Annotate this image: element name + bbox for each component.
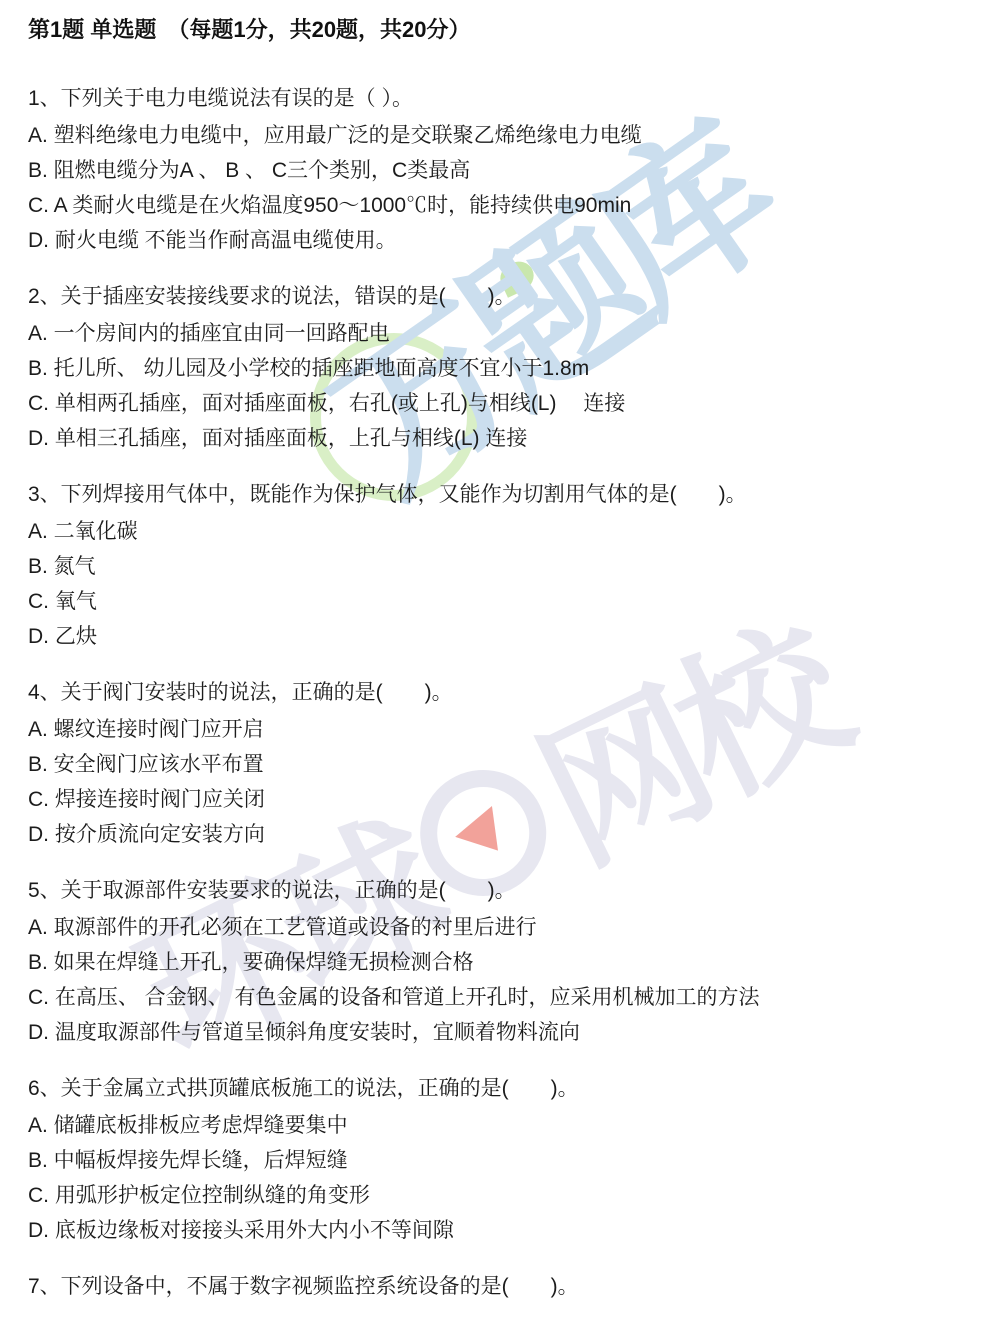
option-text: B. 托儿所、 幼儿园及小学校的插座距地面高度不宜小于1.8m bbox=[28, 351, 978, 386]
exam-page: 万题库 环球 网校 第1题 单选题 （每题1分，共20题，共20分） 1、下列关… bbox=[0, 0, 998, 1336]
section-header: 第1题 单选题 （每题1分，共20题，共20分） bbox=[28, 12, 978, 47]
option-text: D. 底板边缘板对接接头采用外大内小不等间隙 bbox=[28, 1213, 978, 1248]
question-text: 4、关于阀门安装时的说法，正确的是( )。 bbox=[28, 675, 978, 710]
question-list: 1、下列关于电力电缆说法有误的是（ ）。 A. 塑料绝缘电力电缆中，应用最广泛的… bbox=[28, 81, 978, 1304]
question-block: 3、下列焊接用气体中，既能作为保护气体，又能作为切割用气体的是( )。 A. 二… bbox=[28, 477, 978, 654]
option-text: A. 一个房间内的插座宜由同一回路配电 bbox=[28, 316, 978, 351]
option-text: D. 温度取源部件与管道呈倾斜角度安装时，宜顺着物料流向 bbox=[28, 1015, 978, 1050]
option-text: A. 螺纹连接时阀门应开启 bbox=[28, 712, 978, 747]
option-text: D. 按介质流向定安装方向 bbox=[28, 817, 978, 852]
option-text: C. 焊接连接时阀门应关闭 bbox=[28, 782, 978, 817]
option-text: C. 在高压、 合金钢、 有色金属的设备和管道上开孔时，应采用机械加工的方法 bbox=[28, 980, 978, 1015]
option-text: B. 中幅板焊接先焊长缝，后焊短缝 bbox=[28, 1143, 978, 1178]
option-text: C. 单相两孔插座，面对插座面板，右孔(或上孔)与相线(L) 连接 bbox=[28, 386, 978, 421]
question-block: 1、下列关于电力电缆说法有误的是（ ）。 A. 塑料绝缘电力电缆中，应用最广泛的… bbox=[28, 81, 978, 258]
exam-document: 第1题 单选题 （每题1分，共20题，共20分） 1、下列关于电力电缆说法有误的… bbox=[28, 12, 978, 1304]
question-text: 1、下列关于电力电缆说法有误的是（ ）。 bbox=[28, 81, 978, 116]
question-text: 7、下列设备中，不属于数字视频监控系统设备的是( )。 bbox=[28, 1269, 978, 1304]
option-text: A. 塑料绝缘电力电缆中，应用最广泛的是交联聚乙烯绝缘电力电缆 bbox=[28, 118, 978, 153]
option-text: A. 取源部件的开孔必须在工艺管道或设备的衬里后进行 bbox=[28, 910, 978, 945]
question-block: 2、关于插座安装接线要求的说法，错误的是( )。 A. 一个房间内的插座宜由同一… bbox=[28, 279, 978, 456]
option-text: C. 氧气 bbox=[28, 584, 978, 619]
option-text: B. 阻燃电缆分为A 、 B 、 C三个类别，C类最高 bbox=[28, 153, 978, 188]
question-block: 4、关于阀门安装时的说法，正确的是( )。 A. 螺纹连接时阀门应开启B. 安全… bbox=[28, 675, 978, 852]
question-block: 5、关于取源部件安装要求的说法，正确的是( )。 A. 取源部件的开孔必须在工艺… bbox=[28, 873, 978, 1050]
option-text: D. 单相三孔插座，面对插座面板，上孔与相线(L) 连接 bbox=[28, 421, 978, 456]
option-text: B. 如果在焊缝上开孔，要确保焊缝无损检测合格 bbox=[28, 945, 978, 980]
option-text: B. 安全阀门应该水平布置 bbox=[28, 747, 978, 782]
question-text: 3、下列焊接用气体中，既能作为保护气体，又能作为切割用气体的是( )。 bbox=[28, 477, 978, 512]
question-block: 7、下列设备中，不属于数字视频监控系统设备的是( )。 bbox=[28, 1269, 978, 1304]
option-text: A. 储罐底板排板应考虑焊缝要集中 bbox=[28, 1108, 978, 1143]
option-text: D. 乙炔 bbox=[28, 619, 978, 654]
option-text: C. A 类耐火电缆是在火焰温度950～1000℃时，能持续供电90min bbox=[28, 188, 978, 223]
option-text: A. 二氧化碳 bbox=[28, 514, 978, 549]
question-text: 6、关于金属立式拱顶罐底板施工的说法，正确的是( )。 bbox=[28, 1071, 978, 1106]
option-text: D. 耐火电缆 不能当作耐高温电缆使用。 bbox=[28, 223, 978, 258]
option-text: B. 氮气 bbox=[28, 549, 978, 584]
question-text: 5、关于取源部件安装要求的说法，正确的是( )。 bbox=[28, 873, 978, 908]
question-block: 6、关于金属立式拱顶罐底板施工的说法，正确的是( )。 A. 储罐底板排板应考虑… bbox=[28, 1071, 978, 1248]
option-text: C. 用弧形护板定位控制纵缝的角变形 bbox=[28, 1178, 978, 1213]
question-text: 2、关于插座安装接线要求的说法，错误的是( )。 bbox=[28, 279, 978, 314]
